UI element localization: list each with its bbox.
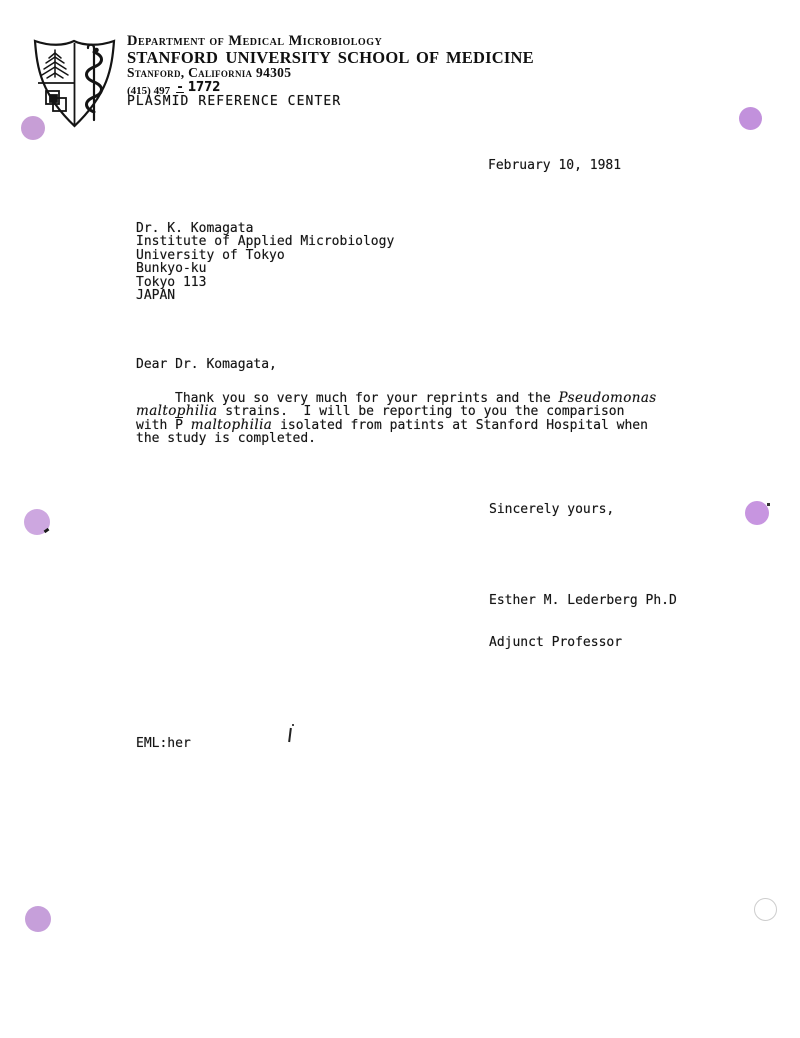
letterhead-center-name: PLASMID REFERENCE CENTER <box>127 94 341 109</box>
body-paragraph: Thank you so very much for your reprints… <box>136 392 657 446</box>
body-segment-plain: the study is completed. <box>136 431 316 446</box>
recipient-line: Bunkyo-ku <box>136 262 394 275</box>
recipient-block: Dr. K. KomagataInstitute of Applied Micr… <box>136 222 394 302</box>
body-line: with P maltophilia isolated from patints… <box>136 419 657 432</box>
signature-title: Adjunct Professor <box>489 636 677 650</box>
phone-number: 1772 <box>188 79 221 95</box>
purple-dot-artifact <box>25 906 51 932</box>
recipient-line: JAPAN <box>136 289 394 302</box>
letter-date: February 10, 1981 <box>488 159 621 172</box>
recipient-line: Institute of Applied Microbiology <box>136 235 394 248</box>
closing: Sincerely yours, <box>489 503 614 516</box>
signature-block: Esther M. Lederberg Ph.D Adjunct Profess… <box>489 566 677 678</box>
pencil-circle-artifact <box>754 898 777 921</box>
purple-dot-artifact <box>745 501 769 525</box>
recipient-line: Dr. K. Komagata <box>136 222 394 235</box>
ink-speck-artifact <box>288 728 292 742</box>
purple-dot-artifact <box>739 107 762 130</box>
salutation: Dear Dr. Komagata, <box>136 358 277 371</box>
ink-speck-artifact <box>767 503 770 506</box>
purple-dot-artifact <box>21 116 45 140</box>
recipient-line: University of Tokyo <box>136 249 394 262</box>
ink-speck-artifact <box>44 528 50 533</box>
stanford-shield-logo <box>30 36 119 130</box>
letter-page: Department of Medical Microbiology STANF… <box>0 0 800 1038</box>
phone-dash: - <box>176 80 184 95</box>
ink-speck-artifact <box>292 724 294 726</box>
signature-name: Esther M. Lederberg Ph.D <box>489 594 677 608</box>
body-segment-plain: isolated from patints at Stanford Hospit… <box>272 418 648 433</box>
typist-initials: EML:her <box>136 737 191 750</box>
recipient-line: Tokyo 113 <box>136 276 394 289</box>
body-line: the study is completed. <box>136 432 657 445</box>
